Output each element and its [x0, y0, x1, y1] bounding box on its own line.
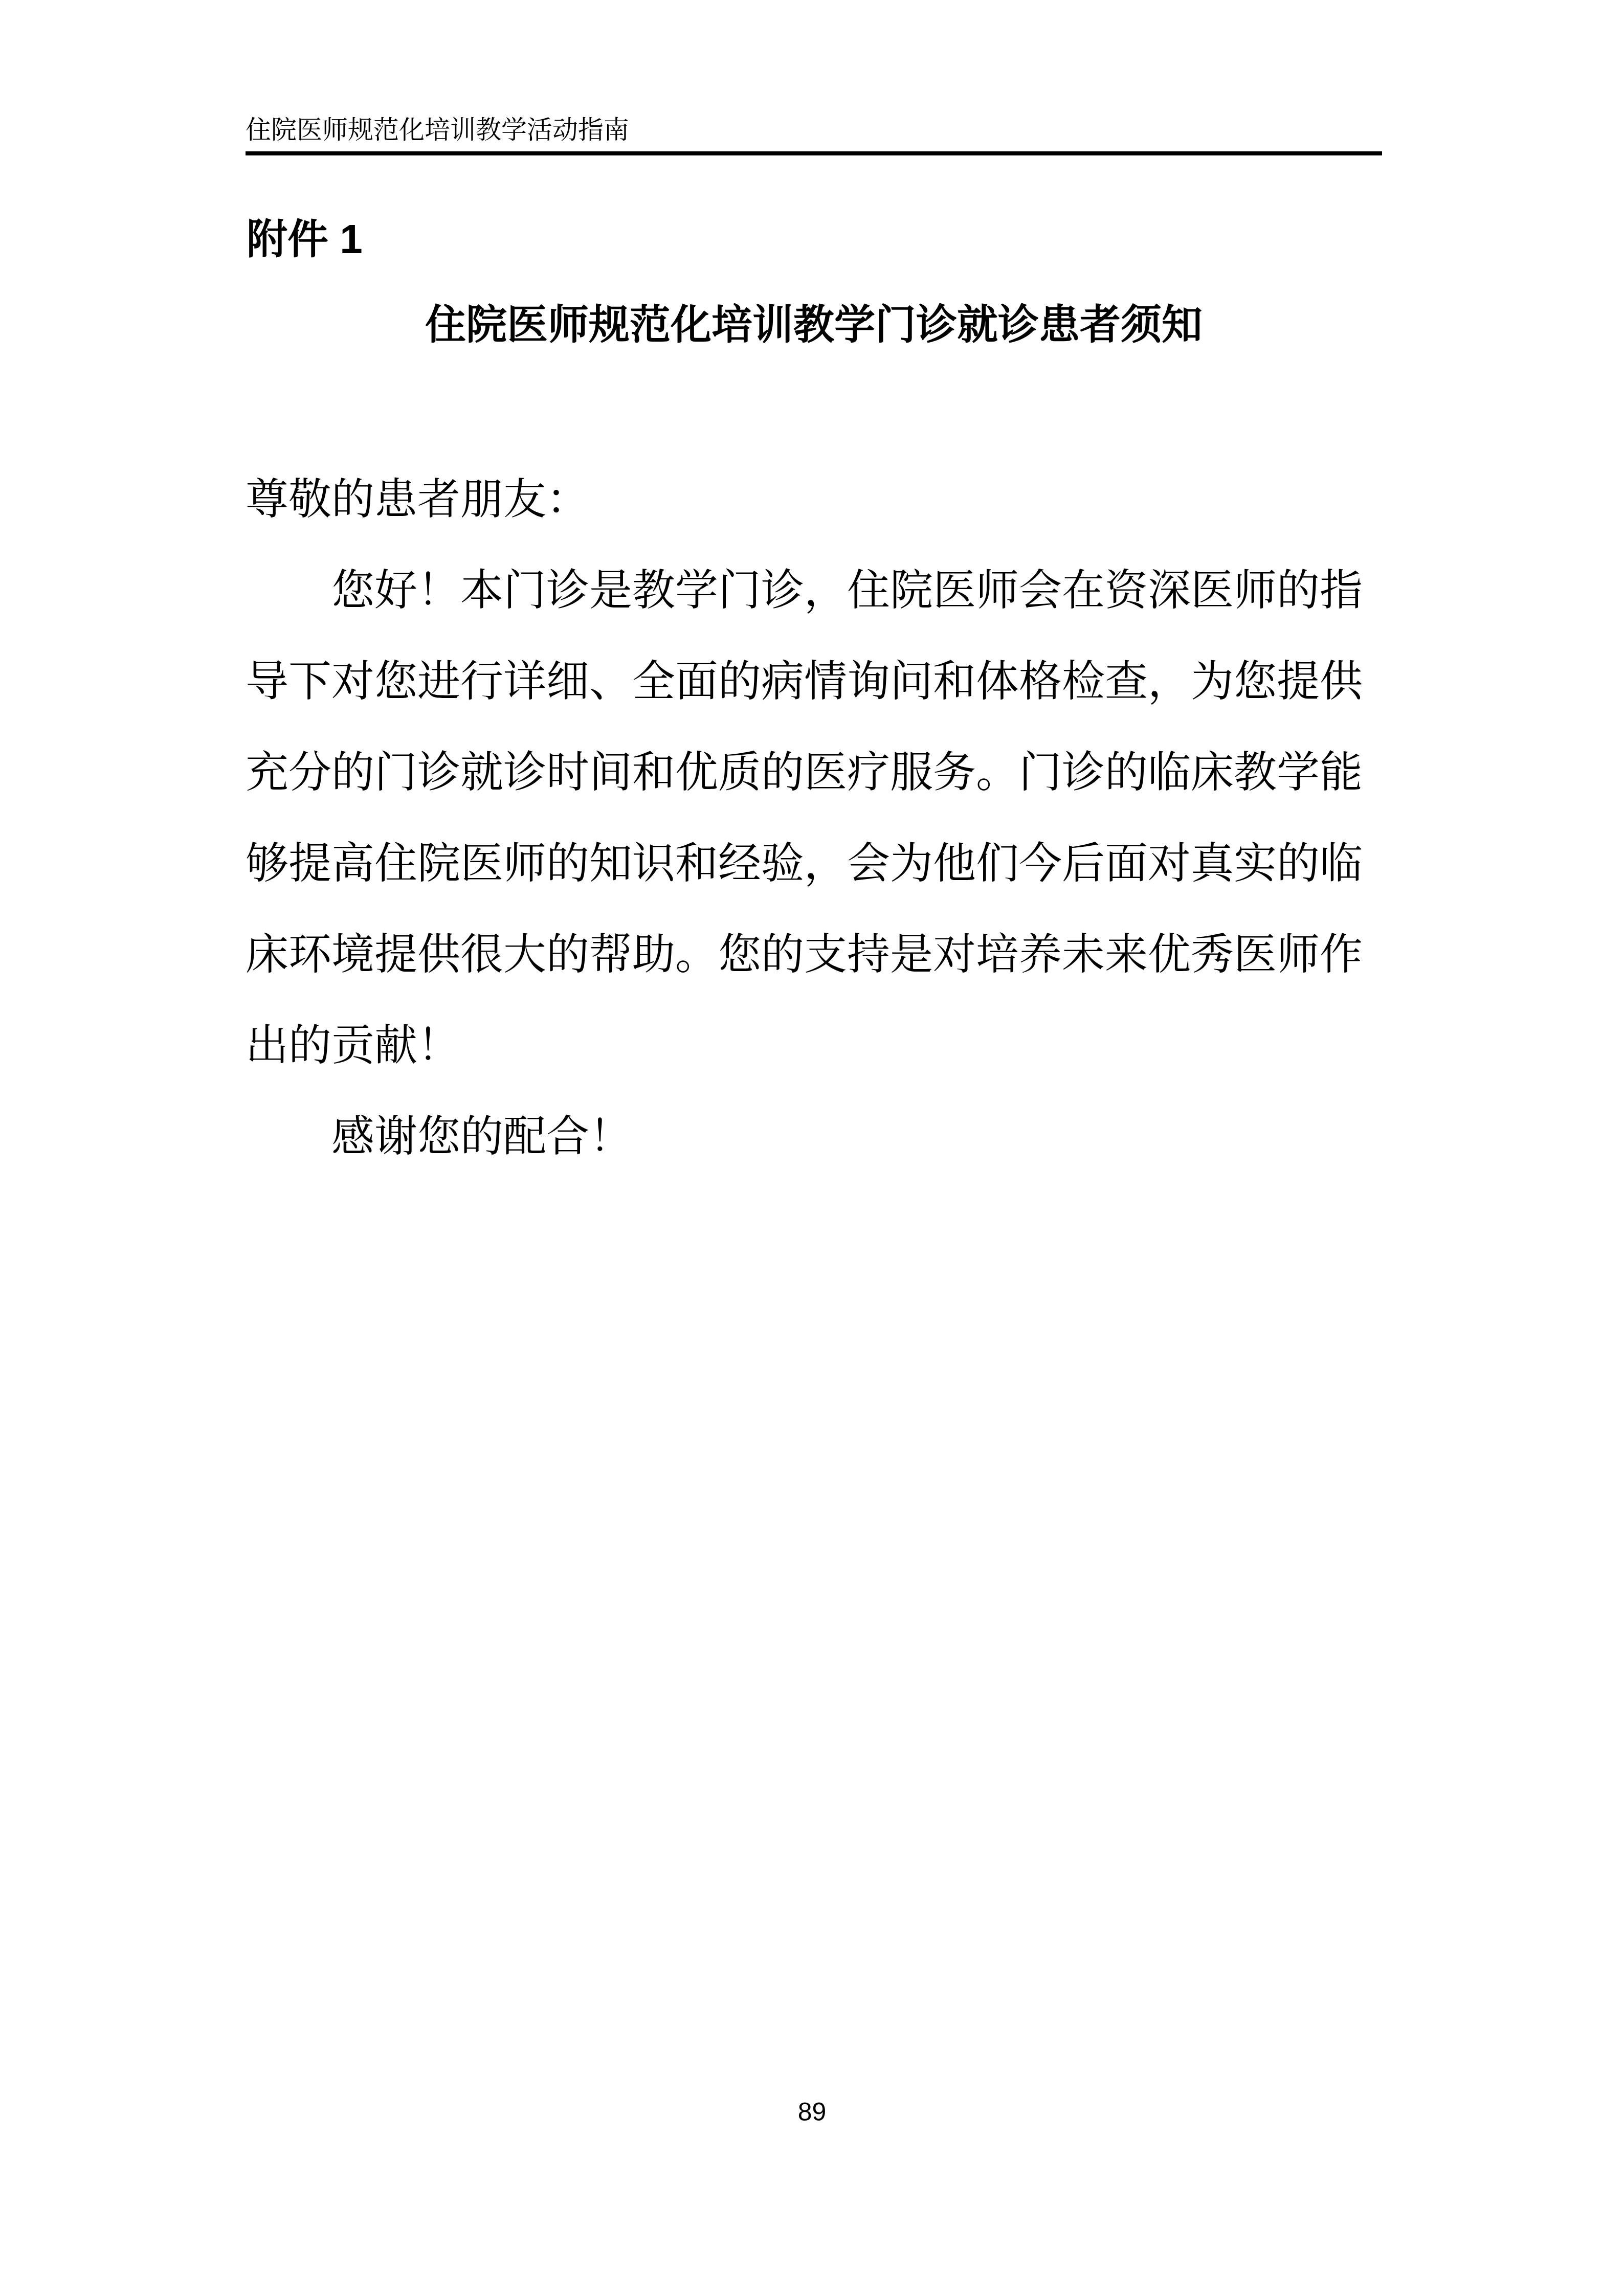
page-footer: 89 [0, 2097, 1624, 2127]
letter-body: 尊敬的患者朋友： 您好！本门诊是教学门诊，住院医师会在资深医师的指 导下对您进行… [246, 455, 1382, 1183]
running-header-text: 住院医师规范化培训教学活动指南 [246, 116, 629, 144]
running-header: 住院医师规范化培训教学活动指南 [246, 116, 1382, 155]
salutation-line: 尊敬的患者朋友： [246, 455, 1382, 546]
paragraph-line-3: 充分的门诊就诊时间和优质的医疗服务。门诊的临床教学能 [246, 728, 1382, 819]
closing-line: 感谢您的配合！ [246, 1092, 1382, 1183]
paragraph-line-1: 您好！本门诊是教学门诊，住院医师会在资深医师的指 [246, 546, 1382, 637]
paragraph-line-6: 出的贡献！ [246, 1001, 1382, 1092]
page-number: 89 [798, 2098, 827, 2126]
paragraph-line-5: 床环境提供很大的帮助。您的支持是对培养未来优秀医师作 [246, 910, 1382, 1001]
document-page: 住院医师规范化培训教学活动指南 附件 1 住院医师规范化培训教学门诊就诊患者须知… [0, 0, 1624, 2296]
document-title: 住院医师规范化培训教学门诊就诊患者须知 [246, 301, 1382, 350]
attachment-label: 附件 1 [247, 217, 363, 262]
paragraph-line-4: 够提高住院医师的知识和经验，会为他们今后面对真实的临 [246, 819, 1382, 910]
paragraph-line-2: 导下对您进行详细、全面的病情询问和体格检查，为您提供 [246, 637, 1382, 728]
